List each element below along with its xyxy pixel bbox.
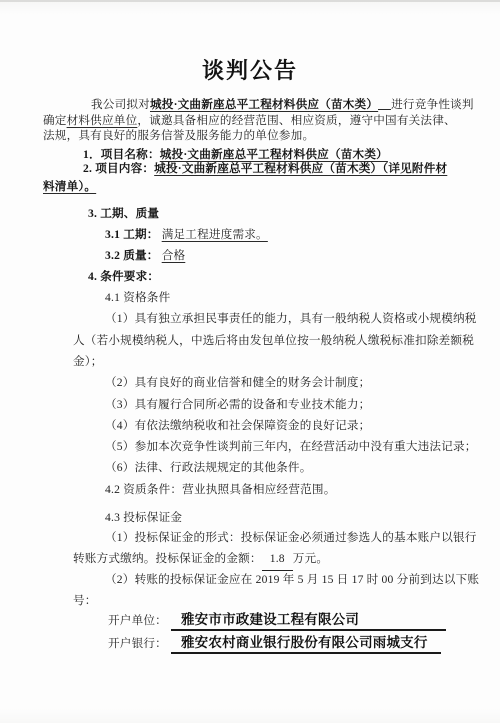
item2-line-1: 2. 项目内容：城投·文曲新座总平工程材料供应（苗木类）（详见附件材 <box>43 160 447 178</box>
sub32-label: 3.2 质量： <box>105 249 159 262</box>
item2-value-line1: 城投·文曲新座总平工程材料供应（苗木类）（详见附件材 <box>154 162 447 175</box>
account-bank-value: 雅安农村商业银行股份有限公司雨城支行 <box>171 635 441 654</box>
account-unit-value: 雅安市市政建设工程有限公司 <box>171 612 446 631</box>
intro-line-2: 确定材料供应单位，诚邀具备相应的经营范围、相应资质，遵守中国有关法律、 <box>43 113 474 129</box>
deadline-item: （2）转账的投标保证金应在 2019 年 5 月 15 日 17 时 00 分前… <box>73 569 479 611</box>
qual1-line-1: （1）具有独立承担民事责任的能力，具有一般纳税人资格或小规模纳税 <box>73 308 477 330</box>
sub31-label: 3.1 工期： <box>105 228 159 241</box>
project-content-item: 2. 项目内容：城投·文曲新座总平工程材料供应（苗木类）（详见附件材 料清单）。 <box>43 160 447 196</box>
intro-line1-suffix-text: 进行竞争性谈判 <box>391 98 474 111</box>
deposit-line2-prefix: 转账方式缴纳。投标保证金的金额： <box>73 552 262 565</box>
section43-heading: 4.3 投标保证金 <box>105 509 182 525</box>
qualification-item-5: （5）参加本次竞争性谈判前三年内，在经营活动中没有重大违法记录； <box>105 438 477 454</box>
intro-line2-prefix-text: 确定 <box>43 114 67 127</box>
deposit-line-1: （1）投标保证金的形式：投标保证金必须通过参选人的基本账户以银行 <box>73 527 477 548</box>
account-bank-label: 开户银行： <box>108 637 167 650</box>
supplier-term-text: 材料供应单位 <box>67 114 138 127</box>
underline-gap <box>378 98 391 110</box>
section4-heading: 4. 条件要求： <box>88 268 159 284</box>
account-unit-row: 开户单位：雅安市市政建设工程有限公司 <box>108 612 446 631</box>
page-title: 谈判公告 <box>0 54 500 85</box>
intro-paragraph: 我公司拟对城投·文曲新座总平工程材料供应（苗木类）进行竞争性谈判 确定材料供应单… <box>43 97 474 144</box>
item2-label: 2. 项目内容： <box>83 162 154 175</box>
scanned-announcement-page: 谈判公告 我公司拟对城投·文曲新座总平工程材料供应（苗木类）进行竞争性谈判 确定… <box>0 0 500 723</box>
project-name-text: 城投·文曲新座总平工程材料供应（苗木类） <box>150 98 378 111</box>
qualification-item-6: （6）法律、行政法规规定的其他条件。 <box>105 459 312 475</box>
intro-line-1: 我公司拟对城投·文曲新座总平工程材料供应（苗木类）进行竞争性谈判 <box>43 97 474 113</box>
item2-value-line2: 料清单）。 <box>43 180 96 193</box>
section3-heading: 3. 工期、质量 <box>88 205 159 221</box>
deadline-line-1: （2）转账的投标保证金应在 2019 年 5 月 15 日 17 时 00 分前… <box>73 569 479 590</box>
qualification-item-3: （3）具有履行合同所必需的设备和专业技术能力； <box>105 396 370 412</box>
sub31-value: 满足工程进度需求。 <box>162 228 268 241</box>
qual1-line-2: 人（若小规模纳税人，中选后将由发包单位按一般纳税人缴税标准扣除差额税 <box>73 330 477 352</box>
qual1-line-3: 金）； <box>73 351 477 373</box>
qualification-item-1: （1）具有独立承担民事责任的能力，具有一般纳税人资格或小规模纳税 人（若小规模纳… <box>73 308 477 373</box>
account-unit-label: 开户单位： <box>108 614 167 627</box>
item2-line-2: 料清单）。 <box>43 178 447 196</box>
section3-sub1: 3.1 工期： 满足工程进度需求。 <box>105 226 268 242</box>
sub32-value: 合格 <box>162 249 186 262</box>
sub42-value: 营业执照具备相应经营范围。 <box>182 483 335 496</box>
qualification-item-2: （2）具有良好的商业信誉和健全的财务会计制度； <box>105 374 370 390</box>
section41-heading: 4.1 资格条件 <box>105 289 170 305</box>
account-bank-row: 开户银行：雅安农村商业银行股份有限公司雨城支行 <box>108 635 441 654</box>
deposit-amount: 1.8 <box>262 548 293 571</box>
qualification-item-4: （4）有依法缴纳税收和社会保障资金的良好记录； <box>105 417 370 433</box>
intro-line2-suffix-text: ，诚邀具备相应的经营范围、相应资质，遵守中国有关法律、 <box>137 114 455 127</box>
deadline-line-2: 号： <box>73 590 479 611</box>
intro-prefix-text: 我公司拟对 <box>91 98 150 111</box>
sub42-label: 4.2 资质条件： <box>105 483 182 496</box>
section3-sub2: 3.2 质量： 合格 <box>105 247 185 263</box>
intro-line-3: 法规，具有良好的服务信誉及服务能力的单位参加。 <box>43 128 474 144</box>
deposit-line-2: 转账方式缴纳。投标保证金的金额：1.8万元。 <box>73 548 477 571</box>
section42-line: 4.2 资质条件：营业执照具备相应经营范围。 <box>105 481 336 497</box>
deposit-line2-suffix: 万元。 <box>293 552 328 565</box>
deposit-item: （1）投标保证金的形式：投标保证金必须通过参选人的基本账户以银行 转账方式缴纳。… <box>73 527 477 571</box>
